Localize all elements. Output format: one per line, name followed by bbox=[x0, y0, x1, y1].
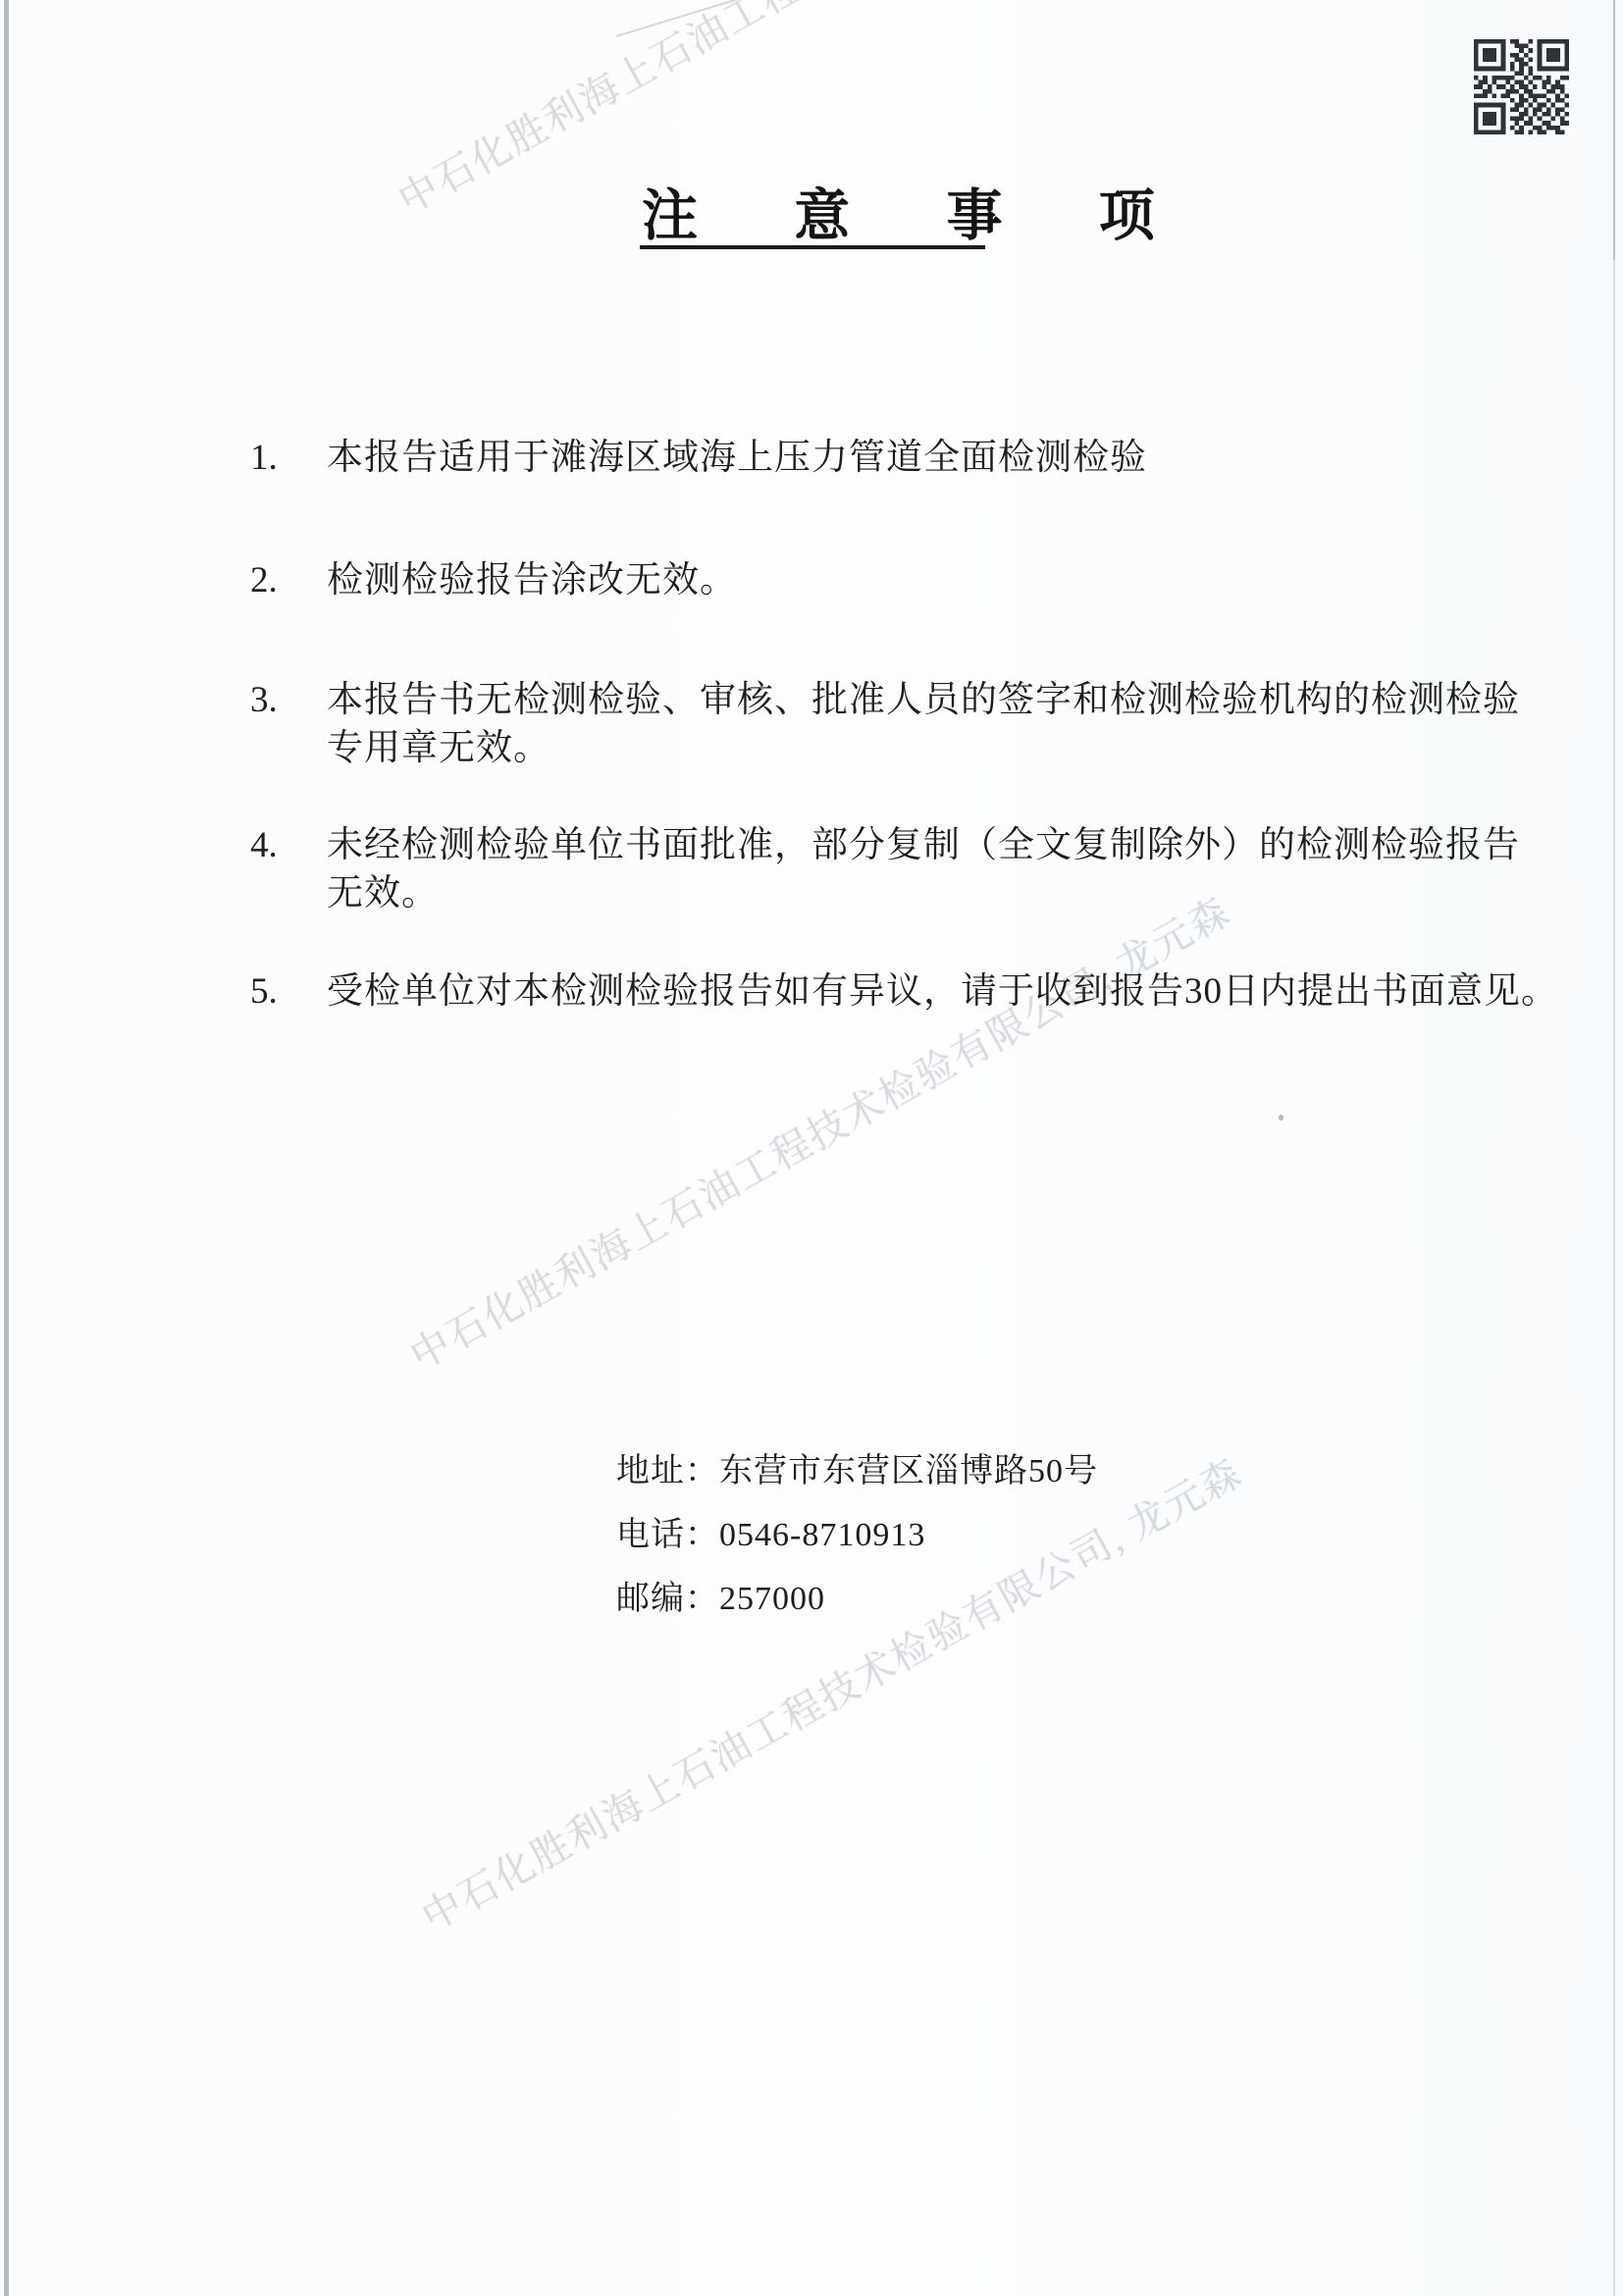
phone-label: 电话： bbox=[616, 1517, 719, 1553]
notice-number: 2. bbox=[250, 556, 278, 604]
notice-line: 未经检测检验单位书面批准，部分复制（全文复制除外）的检测检验报告 bbox=[327, 821, 1623, 869]
scan-speck bbox=[1279, 1115, 1283, 1121]
notice-line: 受检单位对本检测检验报告如有异议，请于收到报告30日内提出书面意见。 bbox=[327, 967, 1623, 1016]
notice-line: 无效。 bbox=[327, 869, 1623, 917]
page-title: 注 意 事 项 bbox=[642, 171, 1196, 251]
notice-number: 5. bbox=[250, 967, 278, 1016]
scan-edge-right bbox=[1613, 0, 1615, 2296]
phone-value: 0546-8710913 bbox=[719, 1517, 925, 1553]
qr-code bbox=[1474, 39, 1569, 134]
document-page: 中石化胜利海上石油工程技术检验有限公司, 龙元森 中石化胜利海上石油工程技术检验… bbox=[0, 0, 1623, 2296]
watermark-middle: 中石化胜利海上石油工程技术检验有限公司, 龙元森 bbox=[398, 881, 1239, 1381]
contact-postal: 邮编：257000 bbox=[616, 1580, 1098, 1619]
contact-phone: 电话：0546-8710913 bbox=[616, 1516, 1098, 1555]
notice-number: 1. bbox=[250, 434, 278, 482]
contact-block: 地址：东营市东营区淄博路50号 电话：0546-8710913 邮编：25700… bbox=[616, 1452, 1098, 1644]
notice-line: 本报告适用于滩海区域海上压力管道全面检测检验 bbox=[327, 434, 1623, 482]
notice-number: 3. bbox=[250, 676, 278, 724]
postal-value: 257000 bbox=[719, 1581, 825, 1617]
notice-line: 专用章无效。 bbox=[327, 724, 1623, 772]
contact-address: 地址：东营市东营区淄博路50号 bbox=[616, 1452, 1098, 1491]
notice-item-1: 1. 本报告适用于滩海区域海上压力管道全面检测检验 bbox=[0, 434, 1623, 482]
address-value: 东营市东营区淄博路50号 bbox=[719, 1453, 1098, 1489]
title-underline bbox=[640, 245, 985, 249]
scan-artifact-line bbox=[616, 0, 753, 37]
notice-line: 检测检验报告涂改无效。 bbox=[327, 556, 1623, 604]
scan-edge-left bbox=[4, 0, 9, 2296]
notice-line: 本报告书无检测检验、审核、批准人员的签字和检测检验机构的检测检验 bbox=[327, 676, 1623, 724]
notice-item-4: 4. 未经检测检验单位书面批准，部分复制（全文复制除外）的检测检验报告 无效。 bbox=[0, 821, 1623, 917]
scan-edge-right-top bbox=[1613, 0, 1615, 260]
notice-number: 4. bbox=[250, 821, 278, 869]
notice-item-2: 2. 检测检验报告涂改无效。 bbox=[0, 556, 1623, 604]
address-label: 地址： bbox=[616, 1453, 719, 1489]
notice-item-5: 5. 受检单位对本检测检验报告如有异议，请于收到报告30日内提出书面意见。 bbox=[0, 967, 1623, 1016]
postal-label: 邮编： bbox=[616, 1581, 719, 1617]
notice-item-3: 3. 本报告书无检测检验、审核、批准人员的签字和检测检验机构的检测检验 专用章无… bbox=[0, 676, 1623, 772]
